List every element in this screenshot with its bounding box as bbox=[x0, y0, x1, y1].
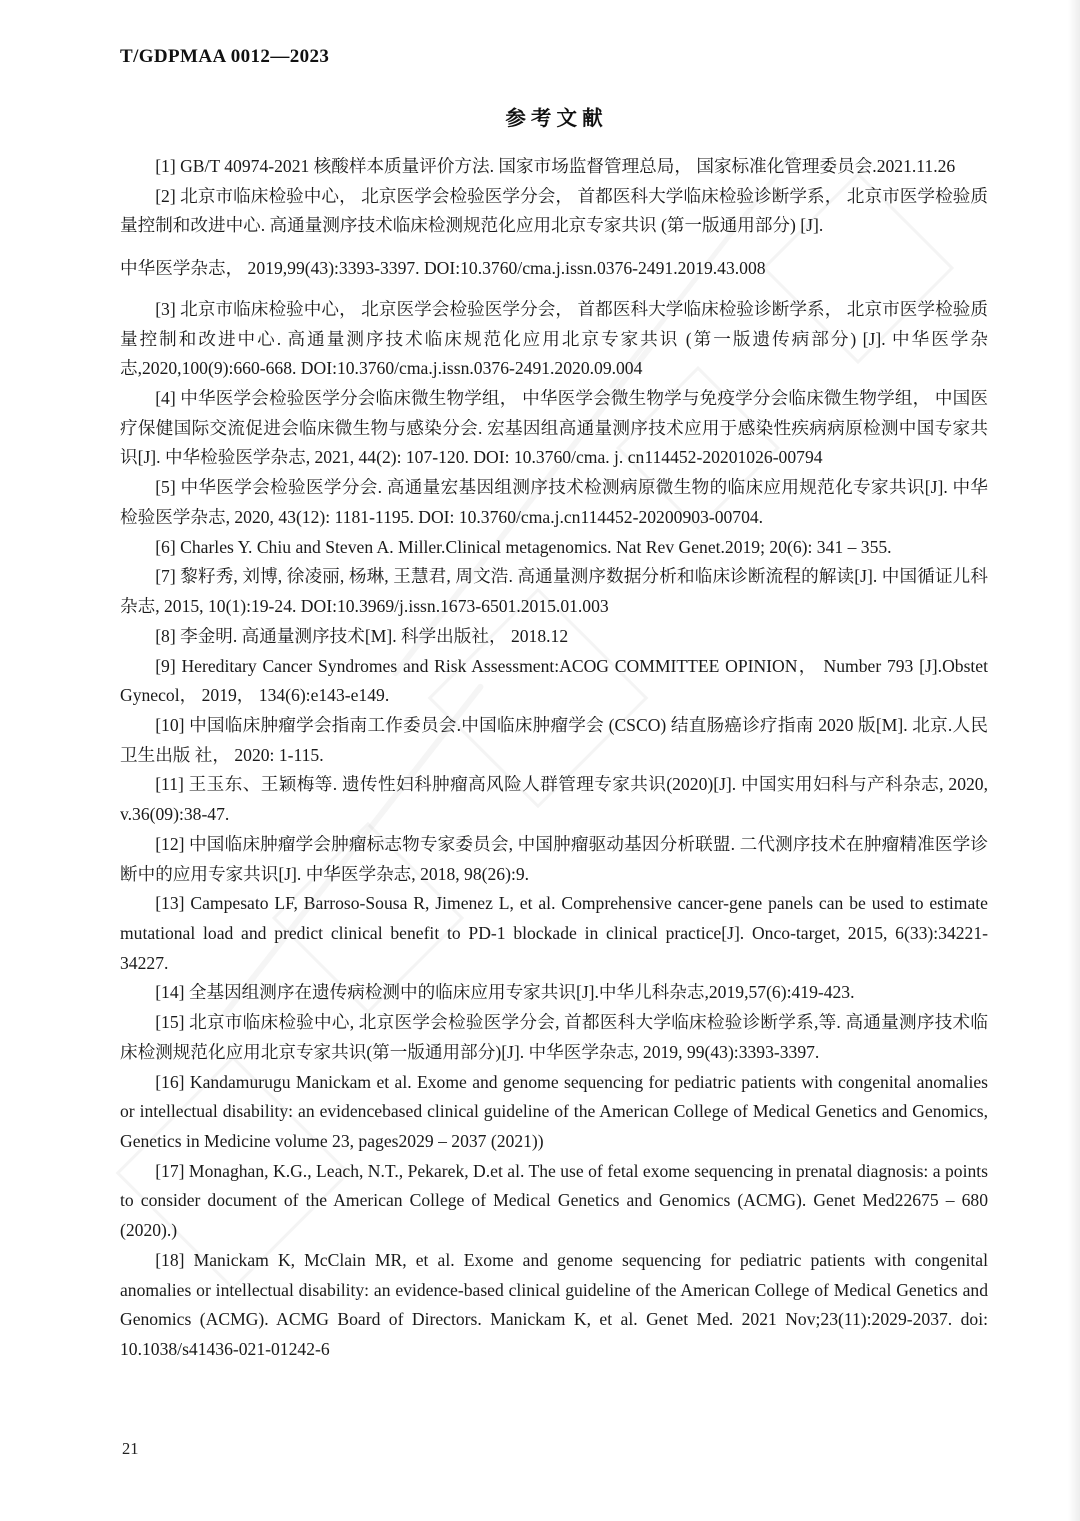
document-page: T/GDPMAA 0012—2023 参 考 文 献 [1] GB/T 4097… bbox=[0, 0, 1080, 1521]
scan-edge-shadow bbox=[1068, 0, 1080, 1521]
reference-1: [1] GB/T 40974-2021 核酸样本质量评价方法. 国家市场监督管理… bbox=[120, 152, 988, 182]
reference-7: [7] 黎籽秀, 刘博, 徐凌丽, 杨琳, 王慧君, 周文浩. 高通量测序数据分… bbox=[120, 562, 988, 621]
page-title: 参 考 文 献 bbox=[120, 101, 988, 131]
standard-code: T/GDPMAA 0012—2023 bbox=[120, 46, 329, 67]
reference-5: [5] 中华医学会检验医学分会. 高通量宏基因组测序技术检测病原微生物的临床应用… bbox=[120, 473, 988, 532]
page-header: T/GDPMAA 0012—2023 bbox=[120, 46, 988, 68]
page-number: 21 bbox=[122, 1439, 139, 1459]
reference-15: [15] 北京市临床检验中心, 北京医学会检验医学分会, 首都医科大学临床检验诊… bbox=[120, 1008, 988, 1067]
reference-13: [13] Campesato LF, Barroso-Sousa R, Jime… bbox=[120, 889, 988, 978]
reference-4: [4] 中华医学会检验医学分会临床微生物学组， 中华医学会微生物学与免疫学分会临… bbox=[120, 384, 988, 473]
reference-9: [9] Hereditary Cancer Syndromes and Risk… bbox=[120, 652, 988, 711]
reference-12: [12] 中国临床肿瘤学会肿瘤标志物专家委员会, 中国肿瘤驱动基因分析联盟. 二… bbox=[120, 830, 988, 889]
reference-6: [6] Charles Y. Chiu and Steven A. Miller… bbox=[120, 533, 988, 563]
reference-16: [16] Kandamurugu Manickam et al. Exome a… bbox=[120, 1068, 988, 1157]
references-list: [1] GB/T 40974-2021 核酸样本质量评价方法. 国家市场监督管理… bbox=[120, 152, 988, 1365]
reference-3: [3] 北京市临床检验中心， 北京医学会检验医学分会， 首都医科大学临床检验诊断… bbox=[120, 295, 988, 384]
reference-2-continuation: 中华医学杂志， 2019,99(43):3393-3397. DOI:10.37… bbox=[120, 254, 988, 284]
reference-17: [17] Monaghan, K.G., Leach, N.T., Pekare… bbox=[120, 1157, 988, 1246]
reference-2: [2] 北京市临床检验中心， 北京医学会检验医学分会， 首都医科大学临床检验诊断… bbox=[120, 182, 988, 241]
reference-10: [10] 中国临床肿瘤学会指南工作委员会.中国临床肿瘤学会 (CSCO) 结直肠… bbox=[120, 711, 988, 770]
reference-14: [14] 全基因组测序在遗传病检测中的临床应用专家共识[J].中华儿科杂志,20… bbox=[120, 978, 988, 1008]
reference-8: [8] 李金明. 高通量测序技术[M]. 科学出版社， 2018.12 bbox=[120, 622, 988, 652]
reference-11: [11] 王玉东、王颖梅等. 遗传性妇科肿瘤高风险人群管理专家共识(2020)[… bbox=[120, 770, 988, 829]
reference-18: [18] Manickam K, McClain MR, et al. Exom… bbox=[120, 1246, 988, 1365]
